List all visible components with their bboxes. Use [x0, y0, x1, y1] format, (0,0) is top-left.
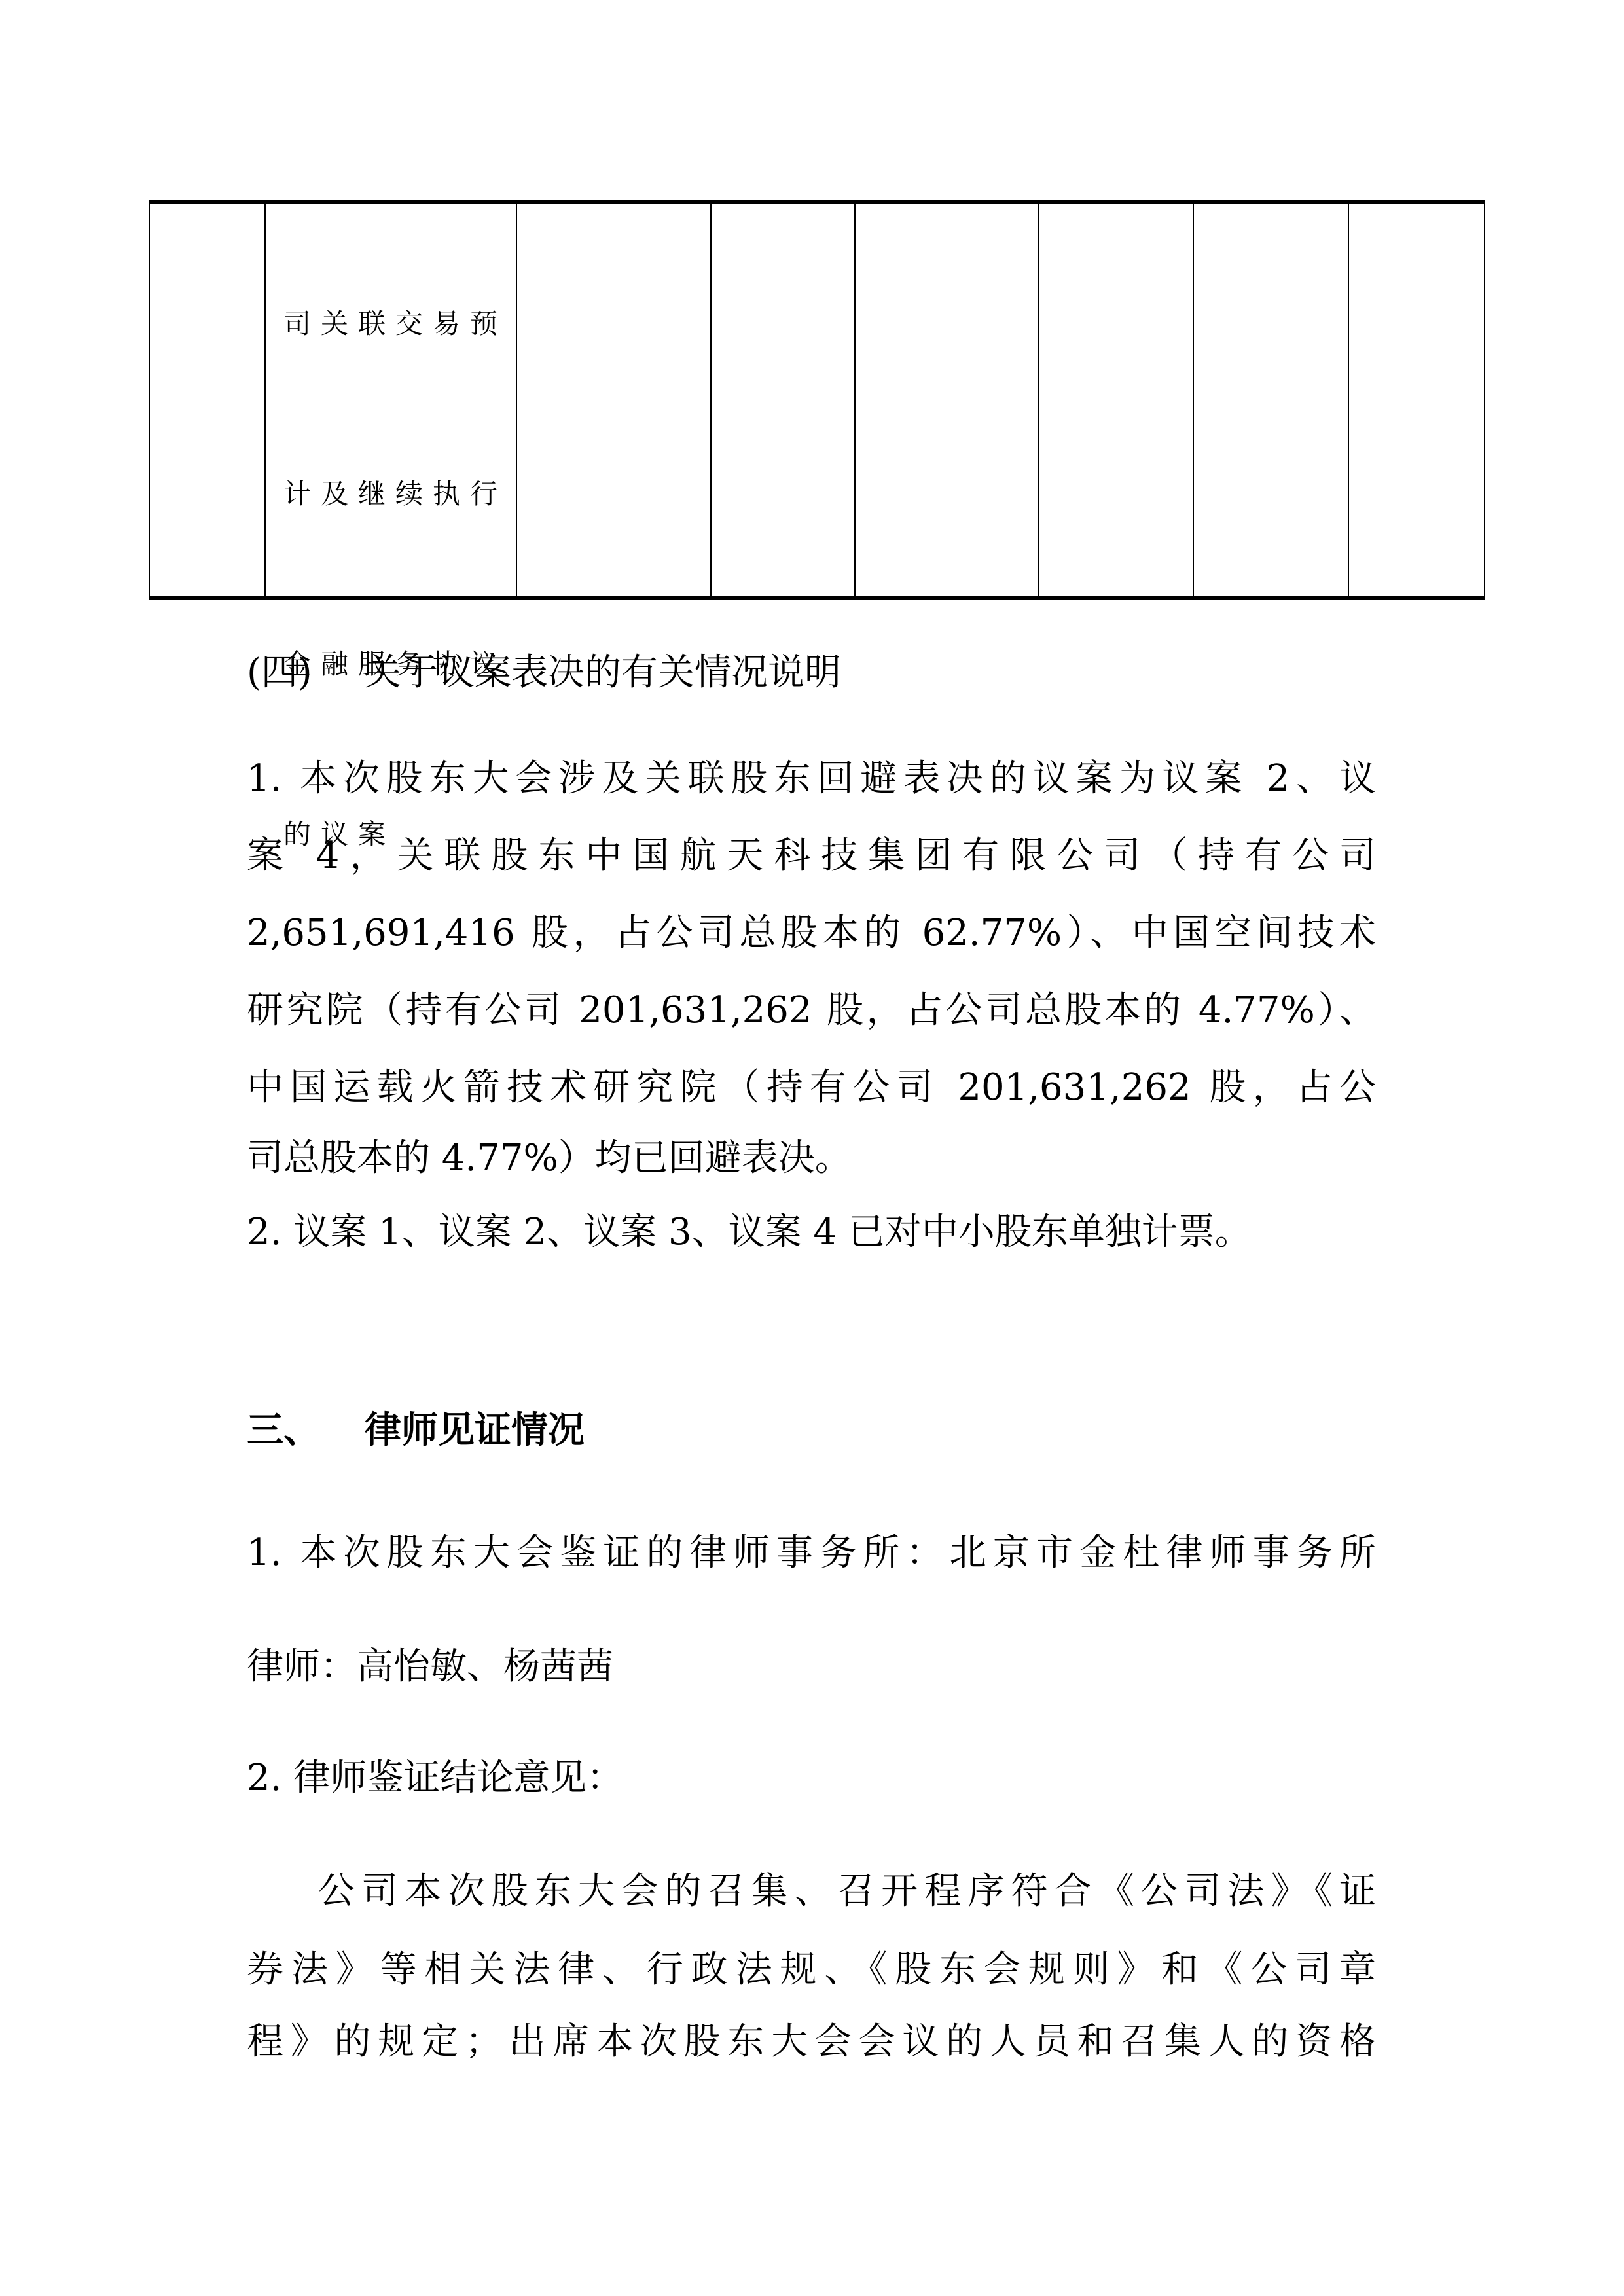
- opinion-line: 公司本次股东大会的召集、召开程序符合《公司法》《证: [318, 1873, 1376, 1910]
- section-4-label: (四): [247, 655, 365, 691]
- paragraph-line: 案 4，关联股东中国航天科技集团有限公司（持有公司: [247, 838, 1376, 874]
- section-4-title: 关于议案表决的有关情况说明: [365, 651, 841, 694]
- table-cell-index: [149, 202, 265, 598]
- opinion-line: 程》的规定；出席本次股东大会会议的人员和召集人的资格: [247, 2024, 1376, 2060]
- section-3-title: 律师见证情况: [365, 1409, 585, 1452]
- opinion-line: 券法》等相关法律、行政法规、《股东会规则》和《公司章: [247, 1952, 1376, 1988]
- paragraph-line: 研究院（持有公司 201,631,262 股，占公司总股本的 4.77%）、: [247, 992, 1376, 1029]
- section-3-heading: 三、律师见证情况: [247, 1412, 585, 1449]
- opinion-heading: 2. 律师鉴证结论意见：: [247, 1760, 623, 1797]
- table-cell: [855, 202, 1039, 598]
- section-3-label: 三、: [247, 1412, 365, 1449]
- paragraph-line: 司总股本的 4.77%）均已回避表决。: [247, 1140, 852, 1177]
- paragraph-line: 2,651,691,416 股，占公司总股本的 62.77%）、中国空间技术: [247, 915, 1376, 952]
- table-cell: [711, 202, 855, 598]
- table-cell: [1039, 202, 1193, 598]
- paragraph-line: 2. 议案 1、议案 2、议案 3、议案 4 已对中小股东单独计票。: [247, 1214, 1252, 1251]
- lawyers-line: 律师：高怡敏、杨茜茜: [247, 1649, 613, 1685]
- law-firm-line: 1. 本次股东大会鉴证的律师事务所：北京市金杜律师事务所: [247, 1535, 1376, 1571]
- proposal-line: 司关联交易预: [283, 301, 513, 386]
- document-page: 司关联交易预 计及继续执行 金融服务协议 的议案 (四)关于议案表决的有关情况说…: [0, 0, 1624, 2296]
- table-cell: [516, 202, 711, 598]
- paragraph-line: 中国运载火箭技术研究院（持有公司 201,631,262 股，占公: [247, 1069, 1376, 1106]
- proposal-line: 计及继续执行: [283, 471, 513, 556]
- table-cell: [1348, 202, 1485, 598]
- paragraph-line: 1. 本次股东大会涉及关联股东回避表决的议案为议案 2、议: [247, 761, 1376, 797]
- table-cell: [1193, 202, 1348, 598]
- section-4-heading: (四)关于议案表决的有关情况说明: [247, 655, 841, 691]
